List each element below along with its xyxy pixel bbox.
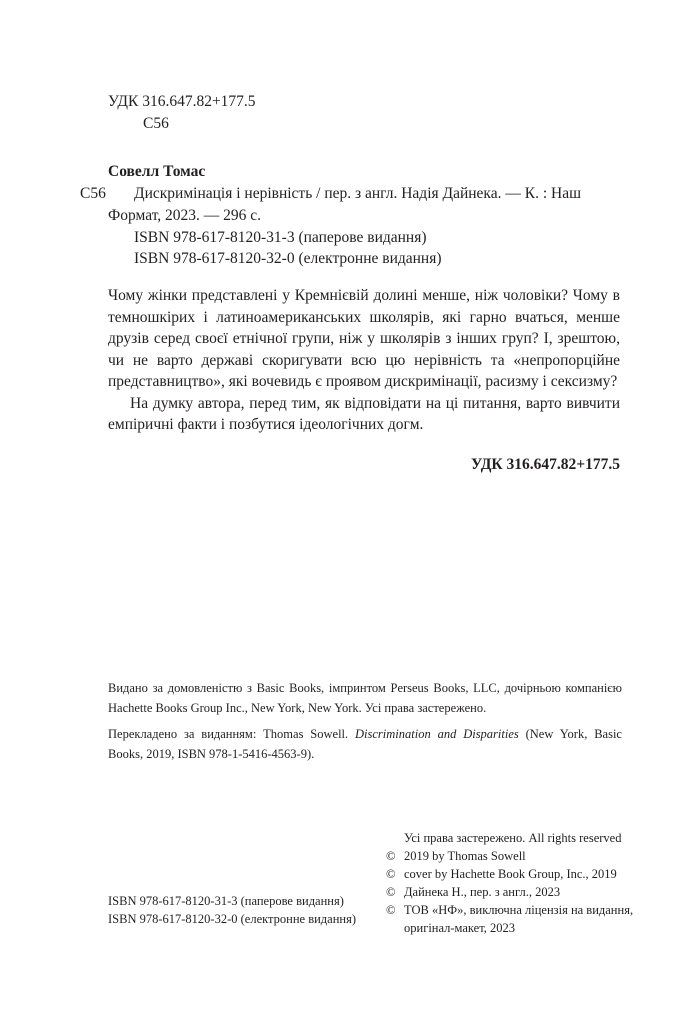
isbn-paper: ISBN 978-617-8120-31-3 (паперове видання… <box>134 227 427 248</box>
annotation: Чому жінки представлені у Кремнієвій дол… <box>108 285 620 436</box>
copyright-icon: © <box>386 901 404 919</box>
author-mark: С56 <box>80 183 106 204</box>
translation-note: Перекладено за виданням: Thomas Sowell. … <box>108 724 622 764</box>
book-title-line-2: Формат, 2023. — 296 с. <box>108 205 261 226</box>
license-note-text: Видано за домовленістю з Basic Books, ім… <box>108 678 622 718</box>
copyright-line: cover by Hachette Book Group, Inc., 2019 <box>404 865 617 883</box>
license-note: Видано за домовленістю з Basic Books, ім… <box>108 678 622 718</box>
copyright-line: ТОВ «НФ», виключна ліцензія на видання, <box>404 901 633 919</box>
copyright-block: Усі права застережено. All rights reserv… <box>386 829 633 937</box>
book-title-line-1: Дискримінація і нерівність / пер. з англ… <box>134 183 581 204</box>
copyright-icon: © <box>386 865 404 883</box>
author-mark-top: С56 <box>143 113 169 134</box>
copyright-icon: © <box>386 883 404 901</box>
author-name: Совелл Томас <box>108 161 205 182</box>
isbn-electronic: ISBN 978-617-8120-32-0 (електронне видан… <box>134 248 442 269</box>
translation-prefix: Перекладено за виданням: Thomas Sowell. <box>108 727 355 741</box>
footer-isbn-paper: ISBN 978-617-8120-31-3 (паперове видання… <box>108 892 344 910</box>
copyright-line-continuation: оригінал-макет, 2023 <box>404 919 515 937</box>
original-title: Discrimination and Disparities <box>355 727 519 741</box>
udk-code-top: УДК 316.647.82+177.5 <box>108 91 256 112</box>
udk-code-bottom: УДК 316.647.82+177.5 <box>471 454 620 475</box>
annotation-paragraph-1: Чому жінки представлені у Кремнієвій дол… <box>108 285 620 393</box>
copyright-line: Дайнека Н., пер. з англ., 2023 <box>404 883 560 901</box>
copyright-line: 2019 by Thomas Sowell <box>404 847 526 865</box>
annotation-paragraph-2: На думку автора, перед тим, як відповіда… <box>108 393 620 436</box>
copyright-icon: © <box>386 847 404 865</box>
copyright-header: Усі права застережено. All rights reserv… <box>404 829 621 847</box>
footer-isbn-electronic: ISBN 978-617-8120-32-0 (електронне видан… <box>108 910 356 928</box>
